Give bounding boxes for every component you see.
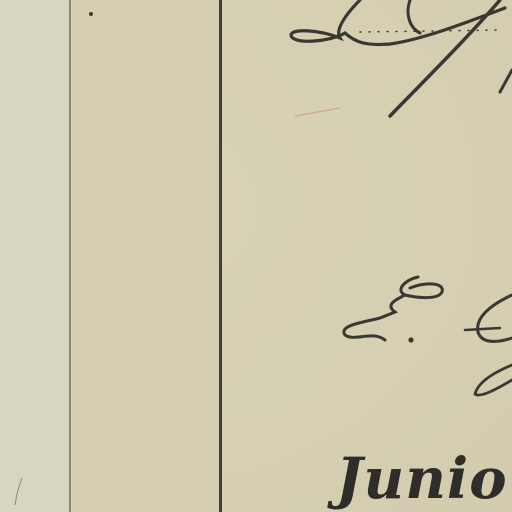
- printed-word: Junio: [336, 446, 508, 512]
- dotted-leader: [360, 30, 500, 32]
- handwritten-2: [344, 277, 418, 340]
- descender-stroke: [390, 0, 500, 116]
- handwriting-layer: [0, 0, 512, 512]
- ink-dot: [89, 12, 93, 16]
- handwritten-L: [291, 0, 505, 45]
